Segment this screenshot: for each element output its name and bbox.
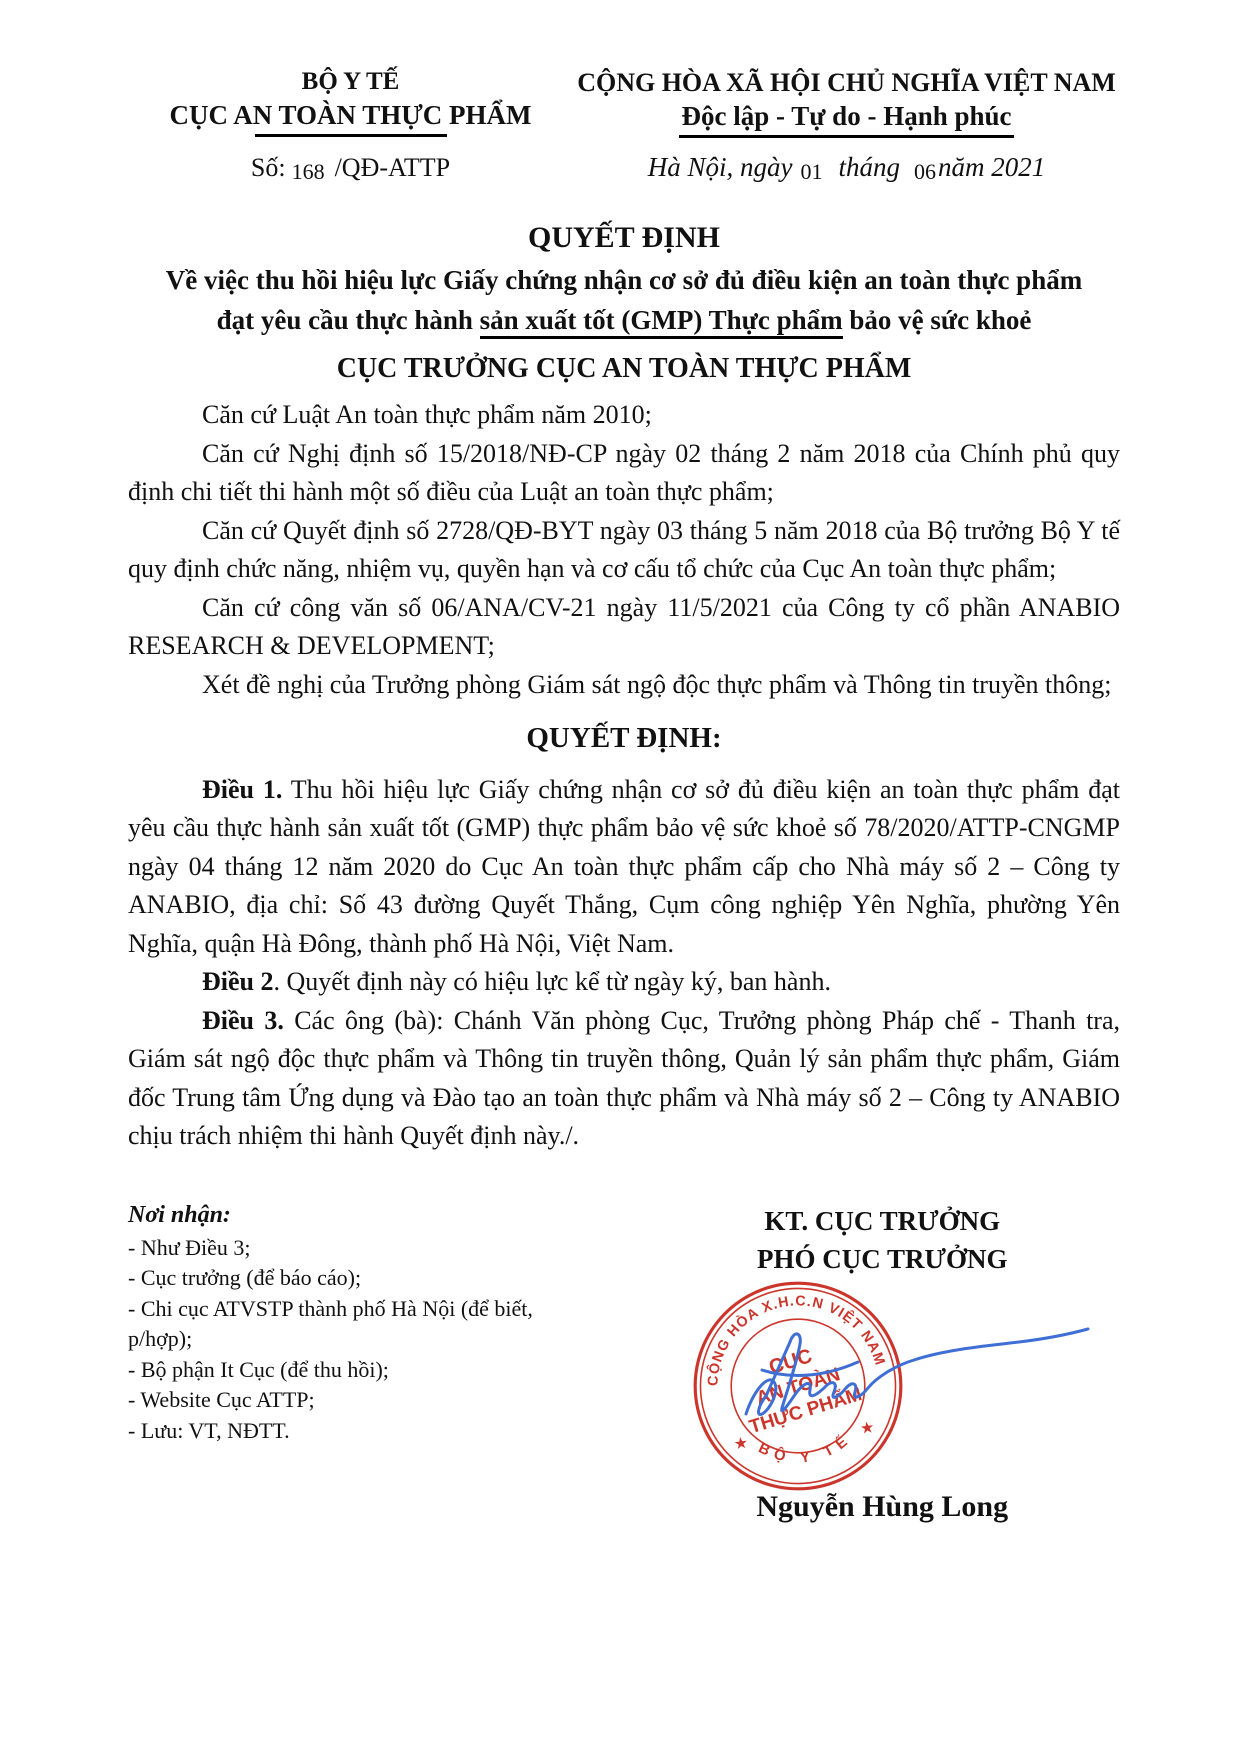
preamble-paragraph: Xét đề nghị của Trưởng phòng Giám sát ng…	[128, 666, 1120, 705]
day-value: 01	[800, 159, 822, 184]
document-title: QUYẾT ĐỊNH	[128, 221, 1120, 255]
preamble-paragraph: Căn cứ Quyết định số 2728/QĐ-BYT ngày 03…	[128, 512, 1120, 589]
place-date-part1: Hà Nội, ngày	[648, 152, 793, 182]
preamble-paragraph: Căn cứ Nghị định số 15/2018/NĐ-CP ngày 0…	[128, 435, 1120, 512]
subtitle-line2-post: bảo vệ sức khoẻ	[843, 305, 1032, 335]
signature-stroke-cross	[762, 1362, 858, 1376]
document-header: BỘ Y TẾ CỤC AN TOÀN THỰC PHẨM Số:168/QĐ-…	[128, 68, 1120, 183]
article-2-text: . Quyết định này có hiệu lực kể từ ngày …	[274, 967, 831, 996]
recipient-item: - Lưu: VT, NĐTT.	[128, 1416, 564, 1447]
agency-underline	[255, 134, 447, 137]
recipient-item: - Cục trưởng (để báo cáo);	[128, 1263, 564, 1294]
signer-title-line1: KT. CỤC TRƯỞNG	[644, 1202, 1120, 1240]
parent-ministry: BỘ Y TẾ	[128, 68, 573, 96]
preamble-paragraph: Căn cứ công văn số 06/ANA/CV-21 ngày 11/…	[128, 589, 1120, 666]
recipient-item: - Bộ phận It Cục (để thu hồi);	[128, 1355, 564, 1386]
decision-document: BỘ Y TẾ CỤC AN TOÀN THỰC PHẨM Số:168/QĐ-…	[0, 0, 1240, 1754]
document-number-value: 168	[292, 159, 325, 184]
recipient-item: - Chi cục ATVSTP thành phố Hà Nội (để bi…	[128, 1294, 564, 1355]
subtitle-underlined-phrase: sản xuất tốt (GMP) Thực phẩm	[480, 305, 843, 339]
signature-block: KT. CỤC TRƯỞNG PHÓ CỤC TRƯỞNG	[564, 1202, 1120, 1574]
article-3-label: Điều 3.	[202, 1006, 284, 1035]
subtitle-line2-pre: đạt yêu cầu thực hành	[217, 305, 480, 335]
recipients-block: Nơi nhận: - Như Điều 3; - Cục trưởng (để…	[128, 1202, 564, 1574]
handwritten-signature	[732, 1306, 1104, 1438]
recipient-item: - Như Điều 3;	[128, 1233, 564, 1264]
article-1: Điều 1. Thu hồi hiệu lực Giấy chứng nhận…	[128, 771, 1120, 964]
signature-stroke-main	[746, 1329, 1088, 1415]
place-date-part3: năm 2021	[938, 152, 1045, 182]
agency-name: CỤC AN TOÀN THỰC PHẨM	[128, 100, 573, 131]
decision-heading: QUYẾT ĐỊNH:	[128, 719, 1120, 758]
document-body: Căn cứ Luật An toàn thực phẩm năm 2010; …	[128, 396, 1120, 1156]
article-2-label: Điều 2	[202, 967, 274, 996]
preamble-paragraph: Căn cứ Luật An toàn thực phẩm năm 2010;	[128, 396, 1120, 435]
issuing-agency-block: BỘ Y TẾ CỤC AN TOÀN THỰC PHẨM Số:168/QĐ-…	[128, 68, 573, 183]
national-header-block: CỘNG HÒA XÃ HỘI CHỦ NGHĨA VIỆT NAM Độc l…	[573, 68, 1120, 183]
title-block: QUYẾT ĐỊNH Về việc thu hồi hiệu lực Giấy…	[128, 221, 1120, 385]
signer-name: Nguyễn Hùng Long	[644, 1490, 1120, 1524]
document-footer: Nơi nhận: - Như Điều 3; - Cục trưởng (để…	[128, 1202, 1120, 1574]
subtitle-line2: đạt yêu cầu thực hành sản xuất tốt (GMP)…	[128, 300, 1120, 340]
article-2: Điều 2. Quyết định này có hiệu lực kể từ…	[128, 963, 1120, 1002]
authority-heading: CỤC TRƯỞNG CỤC AN TOÀN THỰC PHẨM	[128, 353, 1120, 385]
document-number: Số:168/QĐ-ATTP	[128, 153, 573, 183]
document-subtitle: Về việc thu hồi hiệu lực Giấy chứng nhận…	[128, 260, 1120, 340]
month-value: 06	[914, 159, 936, 184]
article-1-label: Điều 1.	[202, 775, 282, 804]
signer-titles: KT. CỤC TRƯỞNG PHÓ CỤC TRƯỞNG	[564, 1202, 1120, 1278]
place-and-date: Hà Nội, ngày01tháng06năm 2021	[573, 152, 1120, 183]
recipients-heading: Nơi nhận:	[128, 1202, 564, 1229]
article-3: Điều 3. Các ông (bà): Chánh Văn phòng Cụ…	[128, 1002, 1120, 1156]
national-motto: Độc lập - Tự do - Hạnh phúc	[679, 101, 1013, 138]
document-number-prefix: Số:	[251, 153, 286, 182]
document-content: BỘ Y TẾ CỤC AN TOÀN THỰC PHẨM Số:168/QĐ-…	[0, 0, 1240, 1574]
recipient-item: - Website Cục ATTP;	[128, 1385, 564, 1416]
country-name: CỘNG HÒA XÃ HỘI CHỦ NGHĨA VIỆT NAM	[573, 68, 1120, 98]
subtitle-line1: Về việc thu hồi hiệu lực Giấy chứng nhận…	[128, 260, 1120, 300]
document-number-suffix: /QĐ-ATTP	[335, 153, 451, 182]
place-date-part2: tháng	[838, 152, 900, 182]
